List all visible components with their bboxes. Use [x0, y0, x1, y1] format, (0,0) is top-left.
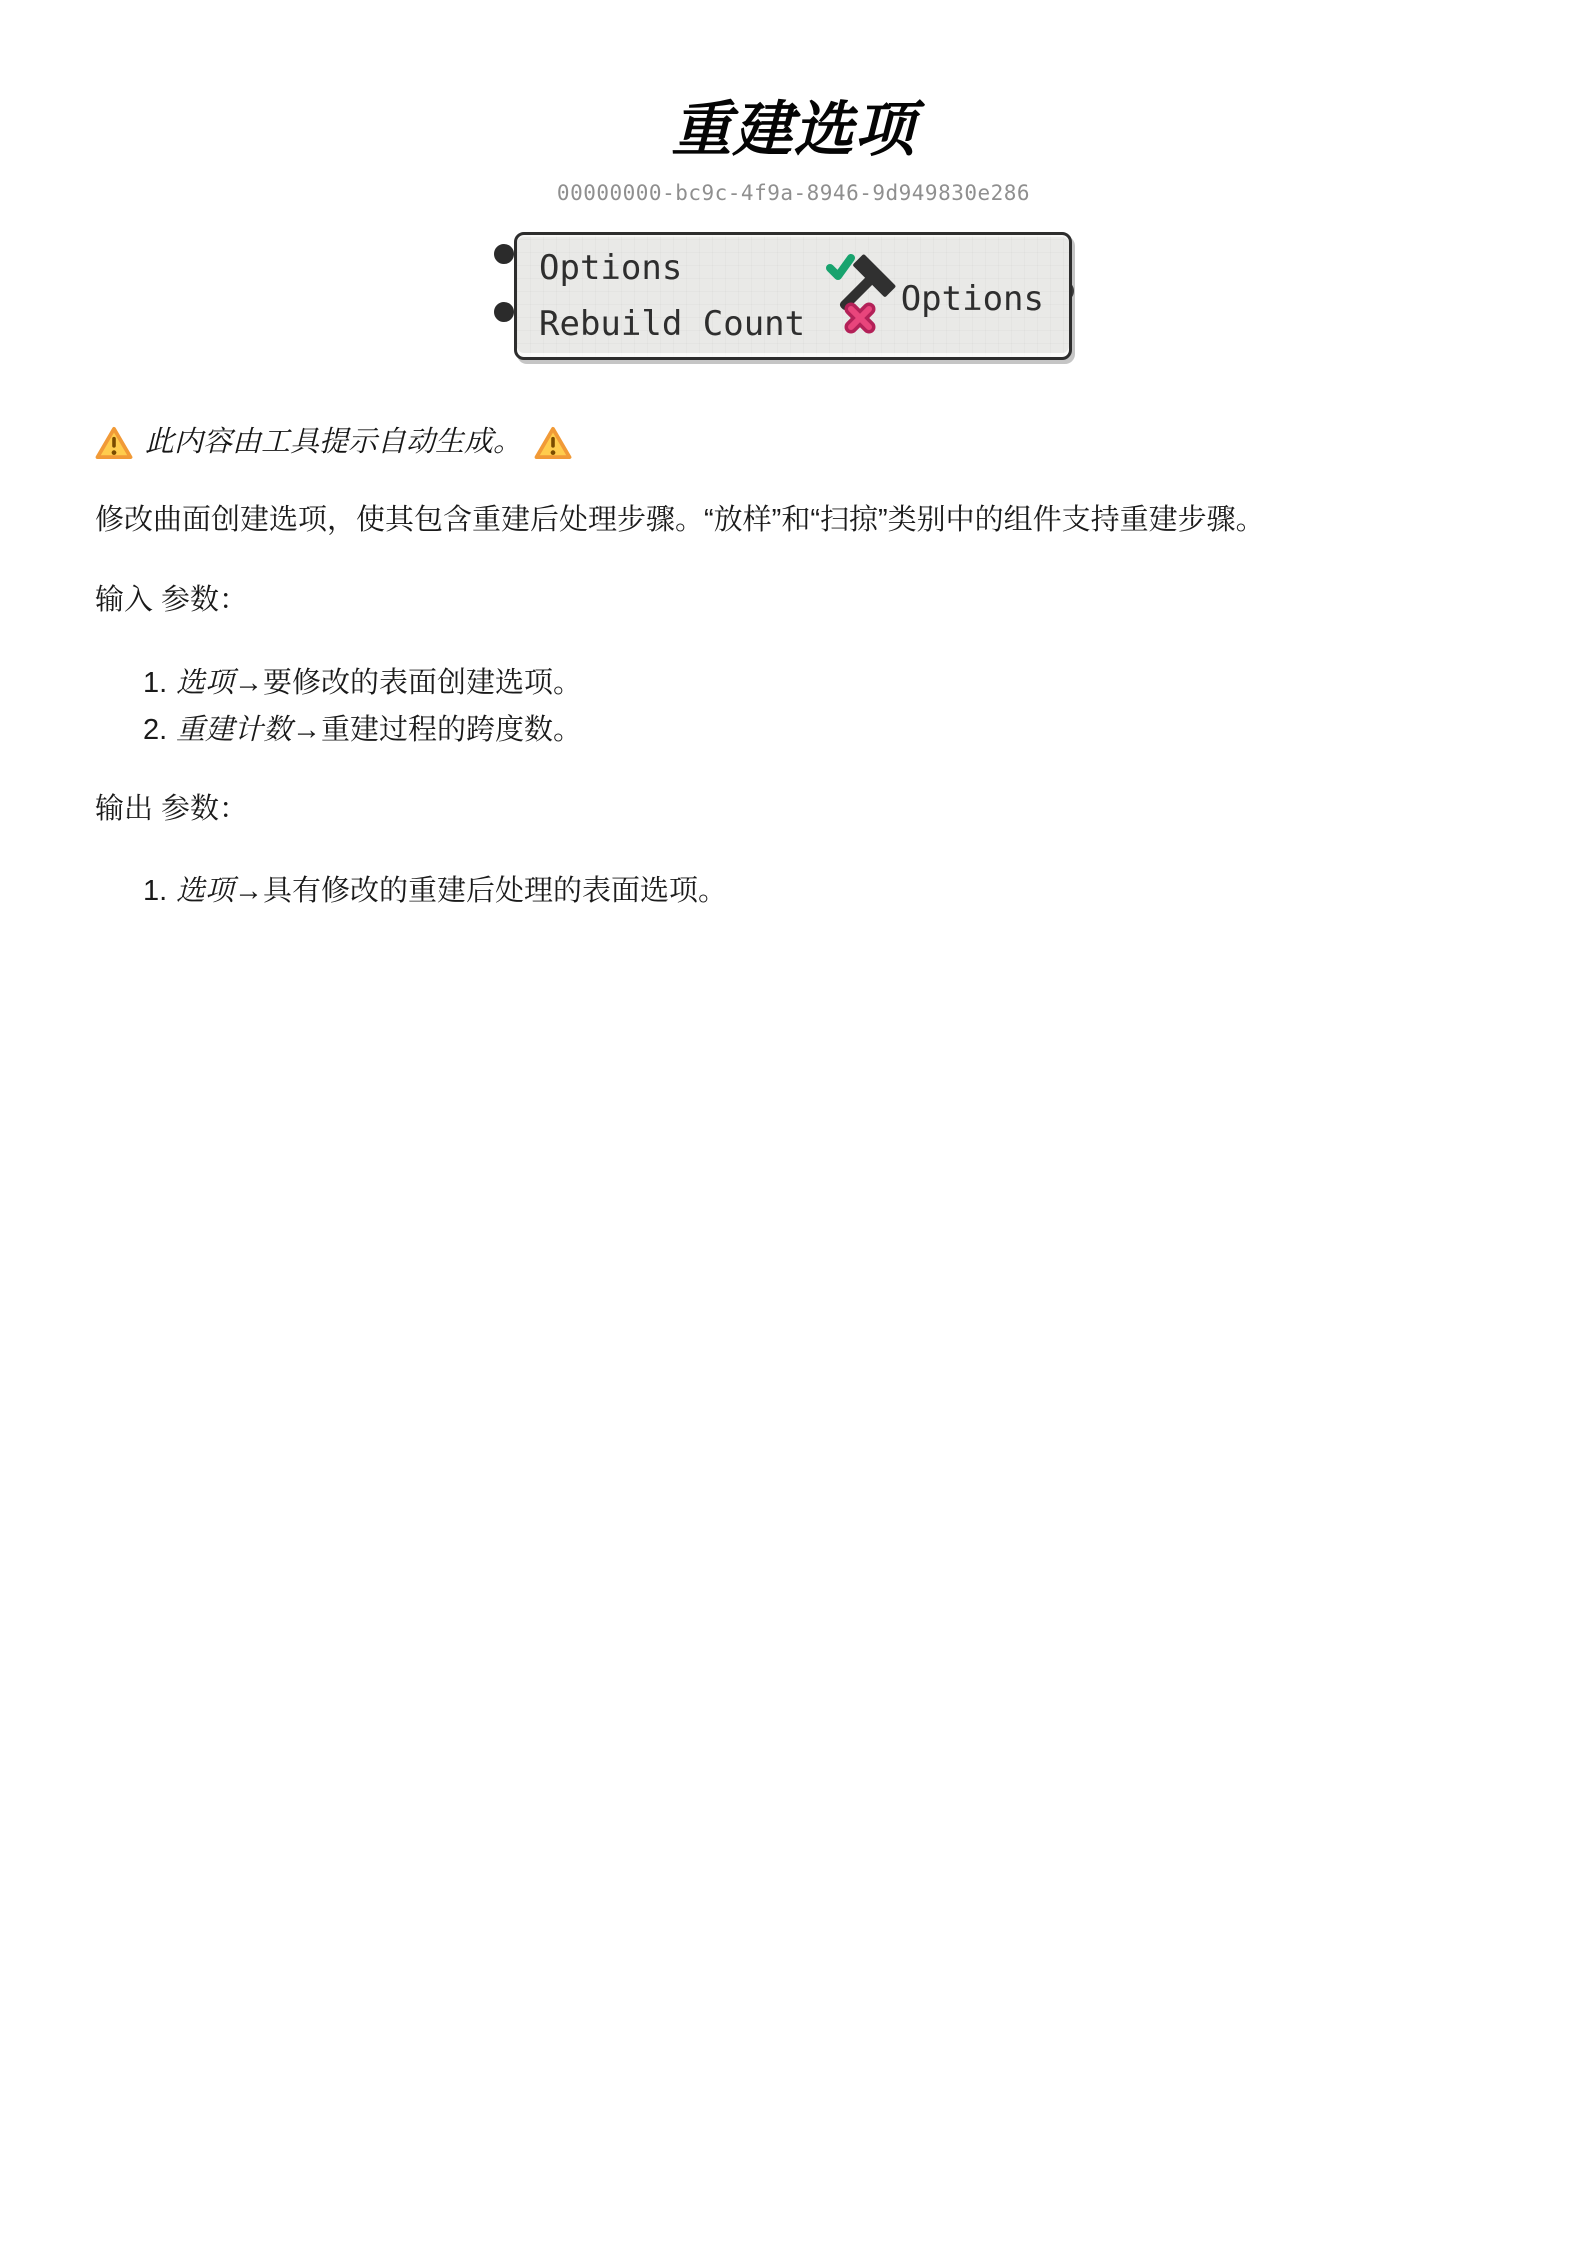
input-port-rebuild-count [494, 302, 514, 322]
param-description: 具有修改的重建后处理的表面选项。 [263, 875, 727, 907]
input-params-heading: 输入 参数： [95, 578, 1492, 623]
output-params-heading: 输出 参数： [95, 787, 1492, 832]
param-name: 重建计数 [176, 714, 292, 746]
component-guid: 00000000-bc9c-4f9a-8946-9d949830e286 [0, 179, 1587, 208]
param-arrow: → [234, 875, 263, 907]
input-port-label: Rebuild Count [539, 307, 805, 341]
page-title: 重建选项 [0, 92, 1587, 167]
param-description: 重建过程的跨度数。 [321, 714, 582, 746]
param-description: 要修改的表面创建选项。 [263, 667, 582, 699]
input-params-list: 1.选项→要修改的表面创建选项。 2.重建计数→重建过程的跨度数。 [95, 660, 1492, 754]
param-number: 2. [143, 707, 169, 754]
rebuild-options-hammer-icon [823, 251, 905, 339]
warning-icon [534, 426, 572, 460]
param-arrow: → [234, 667, 263, 699]
warning-icon [95, 426, 133, 460]
grasshopper-component: Options Rebuild Count Options [514, 232, 1072, 360]
output-params-list: 1.选项→具有修改的重建后处理的表面选项。 [95, 868, 1492, 915]
param-number: 1. [143, 868, 169, 915]
param-name: 选项 [176, 875, 234, 907]
param-name: 选项 [176, 667, 234, 699]
param-list-item: 2.重建计数→重建过程的跨度数。 [95, 707, 1492, 754]
document-page: 重建选项 00000000-bc9c-4f9a-8946-9d949830e28… [0, 0, 1587, 2244]
param-list-item: 1.选项→具有修改的重建后处理的表面选项。 [95, 868, 1492, 915]
param-list-item: 1.选项→要修改的表面创建选项。 [95, 660, 1492, 707]
article-body: 此内容由工具提示自动生成。 修改曲面创建选项，使其包含重建后处理步骤。“放样”和… [0, 420, 1587, 915]
notice-text: 此内容由工具提示自动生成。 [145, 420, 522, 465]
auto-generated-notice: 此内容由工具提示自动生成。 [95, 420, 1492, 465]
param-number: 1. [143, 660, 169, 707]
check-icon [830, 258, 851, 276]
input-port-options [494, 244, 514, 264]
param-arrow: → [292, 714, 321, 746]
output-port-label: Options [901, 282, 1044, 316]
component-description: 修改曲面创建选项，使其包含重建后处理步骤。“放样”和“扫掠”类别中的组件支持重建… [95, 498, 1492, 543]
input-port-label: Options [539, 251, 682, 285]
cross-icon [851, 309, 869, 327]
component-diagram: Options Rebuild Count Options [0, 216, 1587, 406]
